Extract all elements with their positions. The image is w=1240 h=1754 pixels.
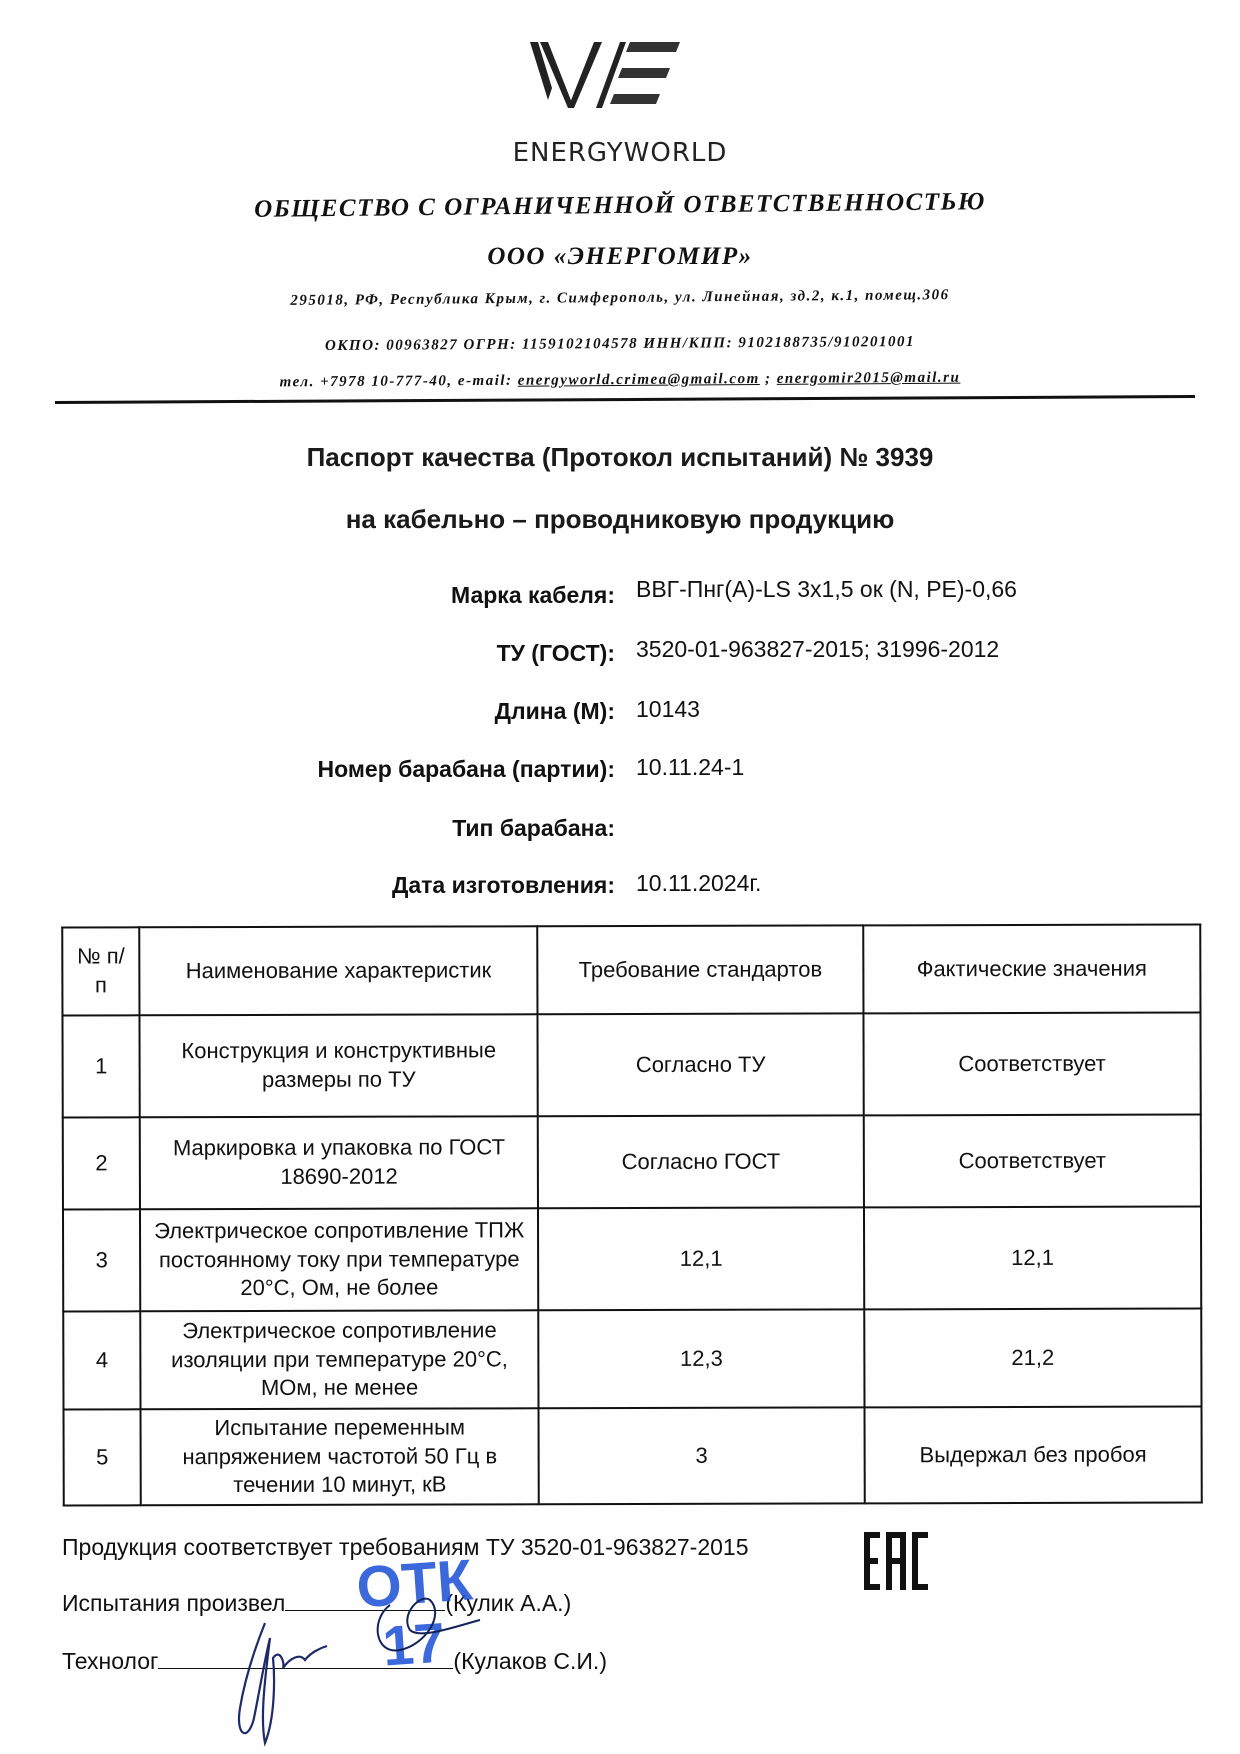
field-manufacture-date: Дата изготовления: 10.11.2024г. [0,872,1240,906]
phone-text: тел. +7978 10-777-40, e-mail: [280,373,518,391]
field-label: Номер барабана (партии): [318,756,615,783]
email-link-2[interactable]: energomir2015@mail.ru [777,370,961,387]
field-label: Дата изготовления: [392,872,615,899]
cell-characteristic: Испытание переменным напряжением частото… [141,1408,539,1505]
email-separator: ; [760,371,777,387]
brand-name: ENERGYWORLD [0,138,1240,168]
cell-actual: Выдержал без пробоя [864,1407,1201,1504]
table-row: 2 Маркировка и упаковка по ГОСТ 18690-20… [63,1115,1201,1210]
header-actual: Фактические значения [863,925,1200,1014]
cell-num: 5 [64,1409,141,1505]
field-value: ВВГ-Пнг(А)-LS 3х1,5 ок (N, PE)-0,66 [636,576,1017,603]
quality-passport-page: ENERGYWORLD ОБЩЕСТВО С ОГРАНИЧЕННОЙ ОТВЕ… [0,0,1240,1754]
field-value: 3520-01-963827-2015; 31996-2012 [636,636,999,663]
field-value: 10143 [636,696,700,723]
cell-requirement: 12,1 [538,1207,864,1310]
cell-actual: 21,2 [864,1309,1201,1408]
field-value: 10.11.24-1 [636,754,744,781]
cell-requirement: Согласно ТУ [538,1013,864,1116]
field-label: Тип барабана: [452,815,615,842]
cell-num: 1 [62,1015,139,1117]
document-subtitle: на кабельно – проводниковую продукцию [0,504,1240,535]
cell-characteristic: Маркировка и упаковка по ГОСТ 18690-2012 [140,1116,538,1209]
field-length: Длина (М): 10143 [0,698,1240,732]
header-requirement: Требование стандартов [537,925,863,1014]
org-legal-form: ОБЩЕСТВО С ОГРАНИЧЕННОЙ ОТВЕТСТВЕННОСТЬЮ [0,186,1240,227]
cell-actual: Соответствует [863,1013,1200,1116]
cell-actual: 12,1 [864,1207,1201,1310]
header-num: № п/п [62,927,139,1015]
tester-signature-line: Испытания произвел(Кулик А.А.) [62,1590,571,1617]
table-row: 4 Электрическое сопротивление изоляции п… [63,1309,1201,1410]
table-row: 1 Конструкция и конструктивные размеры п… [62,1013,1200,1118]
field-standard: ТУ (ГОСТ): 3520-01-963827-2015; 31996-20… [0,640,1240,674]
we-logo-icon [530,38,705,110]
cell-characteristic: Электрическое сопротивление изоляции при… [140,1310,538,1409]
field-drum-type: Тип барабана: [0,815,1240,849]
technologist-label: Технолог [62,1648,158,1674]
field-label: Марка кабеля: [451,582,615,609]
field-label: Длина (М): [495,698,615,725]
org-name: ООО «ЭНЕРГОМИР» [0,243,1240,271]
field-cable-brand: Марка кабеля: ВВГ-Пнг(А)-LS 3х1,5 ок (N,… [0,582,1240,616]
email-link-1[interactable]: energyworld.crimea@gmail.com [518,371,760,389]
table-row: 3 Электрическое сопротивление ТПЖ постоя… [63,1207,1201,1312]
eac-certification-icon [862,1530,932,1592]
org-contacts: тел. +7978 10-777-40, e-mail: energyworl… [0,368,1240,394]
cell-characteristic: Электрическое сопротивление ТПЖ постоянн… [140,1208,538,1311]
field-drum-number: Номер барабана (партии): 10.11.24-1 [0,756,1240,790]
cell-num: 4 [63,1311,140,1409]
table-row: 5 Испытание переменным напряжением часто… [64,1407,1202,1506]
field-value: 10.11.2024г. [636,870,761,897]
otk-stamp-icon: ОТК 17 [350,1545,490,1670]
cell-requirement: 12,3 [538,1309,864,1408]
handwritten-signature-icon [215,1618,355,1748]
cell-characteristic: Конструкция и конструктивные размеры по … [140,1014,538,1117]
tester-label: Испытания произвел [62,1590,285,1616]
cell-actual: Соответствует [864,1115,1201,1208]
document-title: Паспорт качества (Протокол испытаний) № … [0,442,1240,473]
cell-num: 3 [63,1209,140,1311]
cell-requirement: Согласно ГОСТ [538,1115,864,1208]
org-address: 295018, РФ, Республика Крым, г. Симфероп… [0,285,1240,313]
cell-num: 2 [63,1117,140,1209]
table-header-row: № п/п Наименование характеристик Требова… [62,925,1200,1016]
org-registration-ids: ОКПО: 00963827 ОГРН: 1159102104578 ИНН/К… [0,332,1240,358]
header-divider [55,395,1195,404]
header-characteristic: Наименование характеристик [139,926,537,1015]
cell-requirement: 3 [539,1407,865,1504]
field-label: ТУ (ГОСТ): [497,640,615,667]
svg-text:17: 17 [381,1610,448,1670]
svg-text:ОТК: ОТК [354,1547,475,1620]
test-results-table: № п/п Наименование характеристик Требова… [61,924,1203,1507]
